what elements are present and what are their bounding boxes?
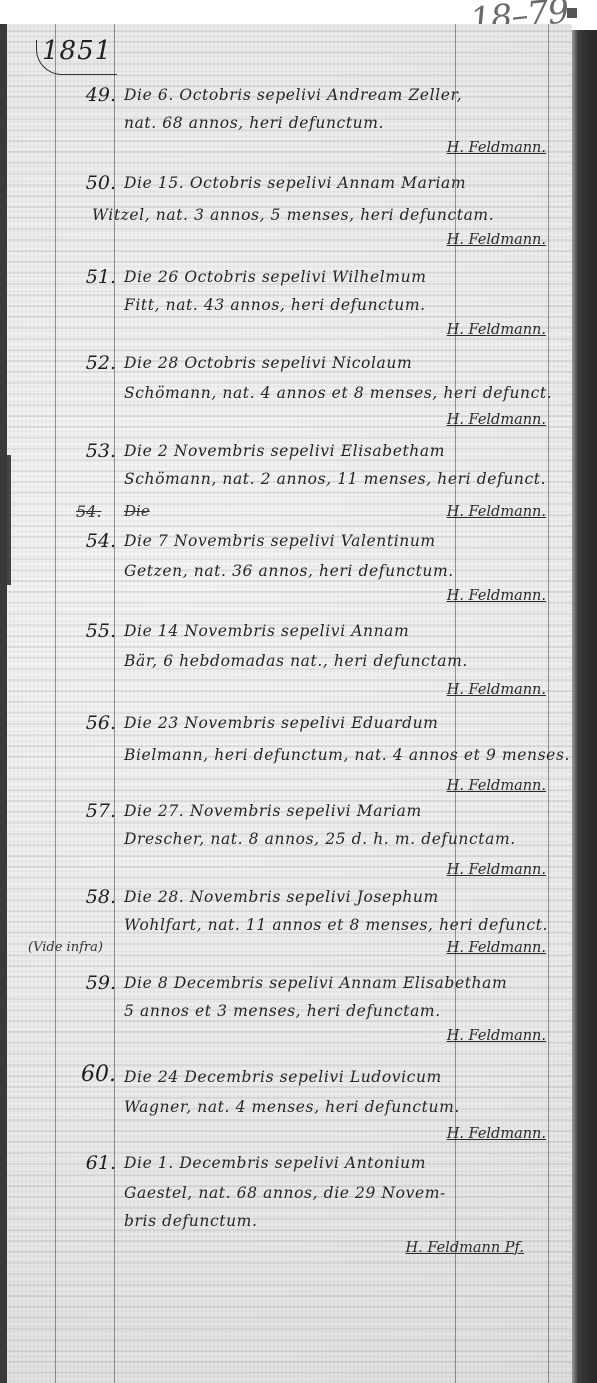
signature: H. Feldmann. — [447, 504, 546, 520]
entry-line: Witzel, nat. 3 annos, 5 menses, heri def… — [92, 206, 494, 224]
entry-number: 49. — [72, 84, 116, 106]
margin-note: (Vide infra) — [28, 940, 103, 955]
register-page — [0, 24, 572, 1383]
signature: H. Feldmann. — [447, 682, 546, 698]
signature: H. Feldmann. — [447, 232, 546, 248]
entry-line: Die 28 Octobris sepelivi Nicolaum — [124, 354, 412, 372]
column-rule — [548, 24, 549, 1383]
column-rule — [114, 24, 115, 1383]
scan-shadow-edge — [572, 30, 597, 1383]
entry-line: Schömann, nat. 2 annos, 11 menses, heri … — [124, 470, 546, 488]
entry-line: Die 14 Novembris sepelivi Annam — [124, 622, 409, 640]
register-year: 1851 — [42, 36, 112, 66]
entry-line: Die 23 Novembris sepelivi Eduardum — [124, 714, 438, 732]
entry-number: 56. — [72, 712, 116, 734]
entry-line: Die 28. Novembris sepelivi Josephum — [124, 888, 439, 906]
entry-number: 61. — [72, 1152, 116, 1174]
entry-number: 51. — [72, 266, 116, 288]
entry-number: 58. — [72, 886, 116, 908]
entry-line: Die 15. Octobris sepelivi Annam Mariam — [124, 174, 466, 192]
signature: H. Feldmann. — [447, 778, 546, 794]
entry-line: Die 1. Decembris sepelivi Antonium — [124, 1154, 426, 1172]
entry-line: Drescher, nat. 8 annos, 25 d. h. m. defu… — [124, 830, 516, 848]
entry-line: Die 26 Octobris sepelivi Wilhelmum — [124, 268, 427, 286]
entry-number: 52. — [72, 352, 116, 374]
entry-number: 54. — [72, 530, 116, 552]
entry-number: 60. — [72, 1062, 116, 1087]
entry-number: 53. — [72, 440, 116, 462]
entry-line: Die 2 Novembris sepelivi Elisabetham — [124, 442, 445, 460]
struck-entry-text: Die — [124, 502, 150, 520]
column-rule — [55, 24, 56, 1383]
entry-number: 50. — [72, 172, 116, 194]
signature: H. Feldmann. — [447, 588, 546, 604]
entry-line: Die 24 Decembris sepelivi Ludovicum — [124, 1068, 442, 1086]
entry-line: Fitt, nat. 43 annos, heri defunctum. — [124, 296, 426, 314]
column-rule — [455, 24, 456, 1383]
signature: H. Feldmann Pf. — [405, 1240, 524, 1256]
entry-line: Die 27. Novembris sepelivi Mariam — [124, 802, 422, 820]
entry-line: Bär, 6 hebdomadas nat., heri defunctam. — [124, 652, 468, 670]
signature: H. Feldmann. — [447, 140, 546, 156]
entry-line: nat. 68 annos, heri defunctum. — [124, 114, 384, 132]
signature: H. Feldmann. — [447, 1126, 546, 1142]
corner-mark — [567, 8, 577, 18]
entry-line: Bielmann, heri defunctum, nat. 4 annos e… — [124, 746, 570, 764]
entry-line: bris defunctum. — [124, 1212, 257, 1230]
entry-line: Gaestel, nat. 68 annos, die 29 Novem- — [124, 1184, 446, 1202]
entry-number: 57. — [72, 800, 116, 822]
entry-line: 5 annos et 3 menses, heri defunctam. — [124, 1002, 441, 1020]
signature: H. Feldmann. — [447, 862, 546, 878]
entry-line: Getzen, nat. 36 annos, heri defunctum. — [124, 562, 454, 580]
signature: H. Feldmann. — [447, 1028, 546, 1044]
signature: H. Feldmann. — [447, 412, 546, 428]
signature: H. Feldmann. — [447, 322, 546, 338]
page-binding-edge — [0, 24, 7, 1383]
entry-line: Die 6. Octobris sepelivi Andream Zeller, — [124, 86, 462, 104]
entry-number: 59. — [72, 972, 116, 994]
struck-entry-number: 54. — [76, 502, 101, 521]
entry-line: Wohlfart, nat. 11 annos et 8 menses, her… — [124, 916, 548, 934]
entry-line: Die 8 Decembris sepelivi Annam Elisabeth… — [124, 974, 507, 992]
margin-bar — [7, 455, 11, 585]
entry-line: Wagner, nat. 4 menses, heri defunctum. — [124, 1098, 460, 1116]
entry-line: Die 7 Novembris sepelivi Valentinum — [124, 532, 436, 550]
entry-number: 55. — [72, 620, 116, 642]
entry-line: Schömann, nat. 4 annos et 8 menses, heri… — [124, 384, 552, 402]
signature: H. Feldmann. — [447, 940, 546, 956]
